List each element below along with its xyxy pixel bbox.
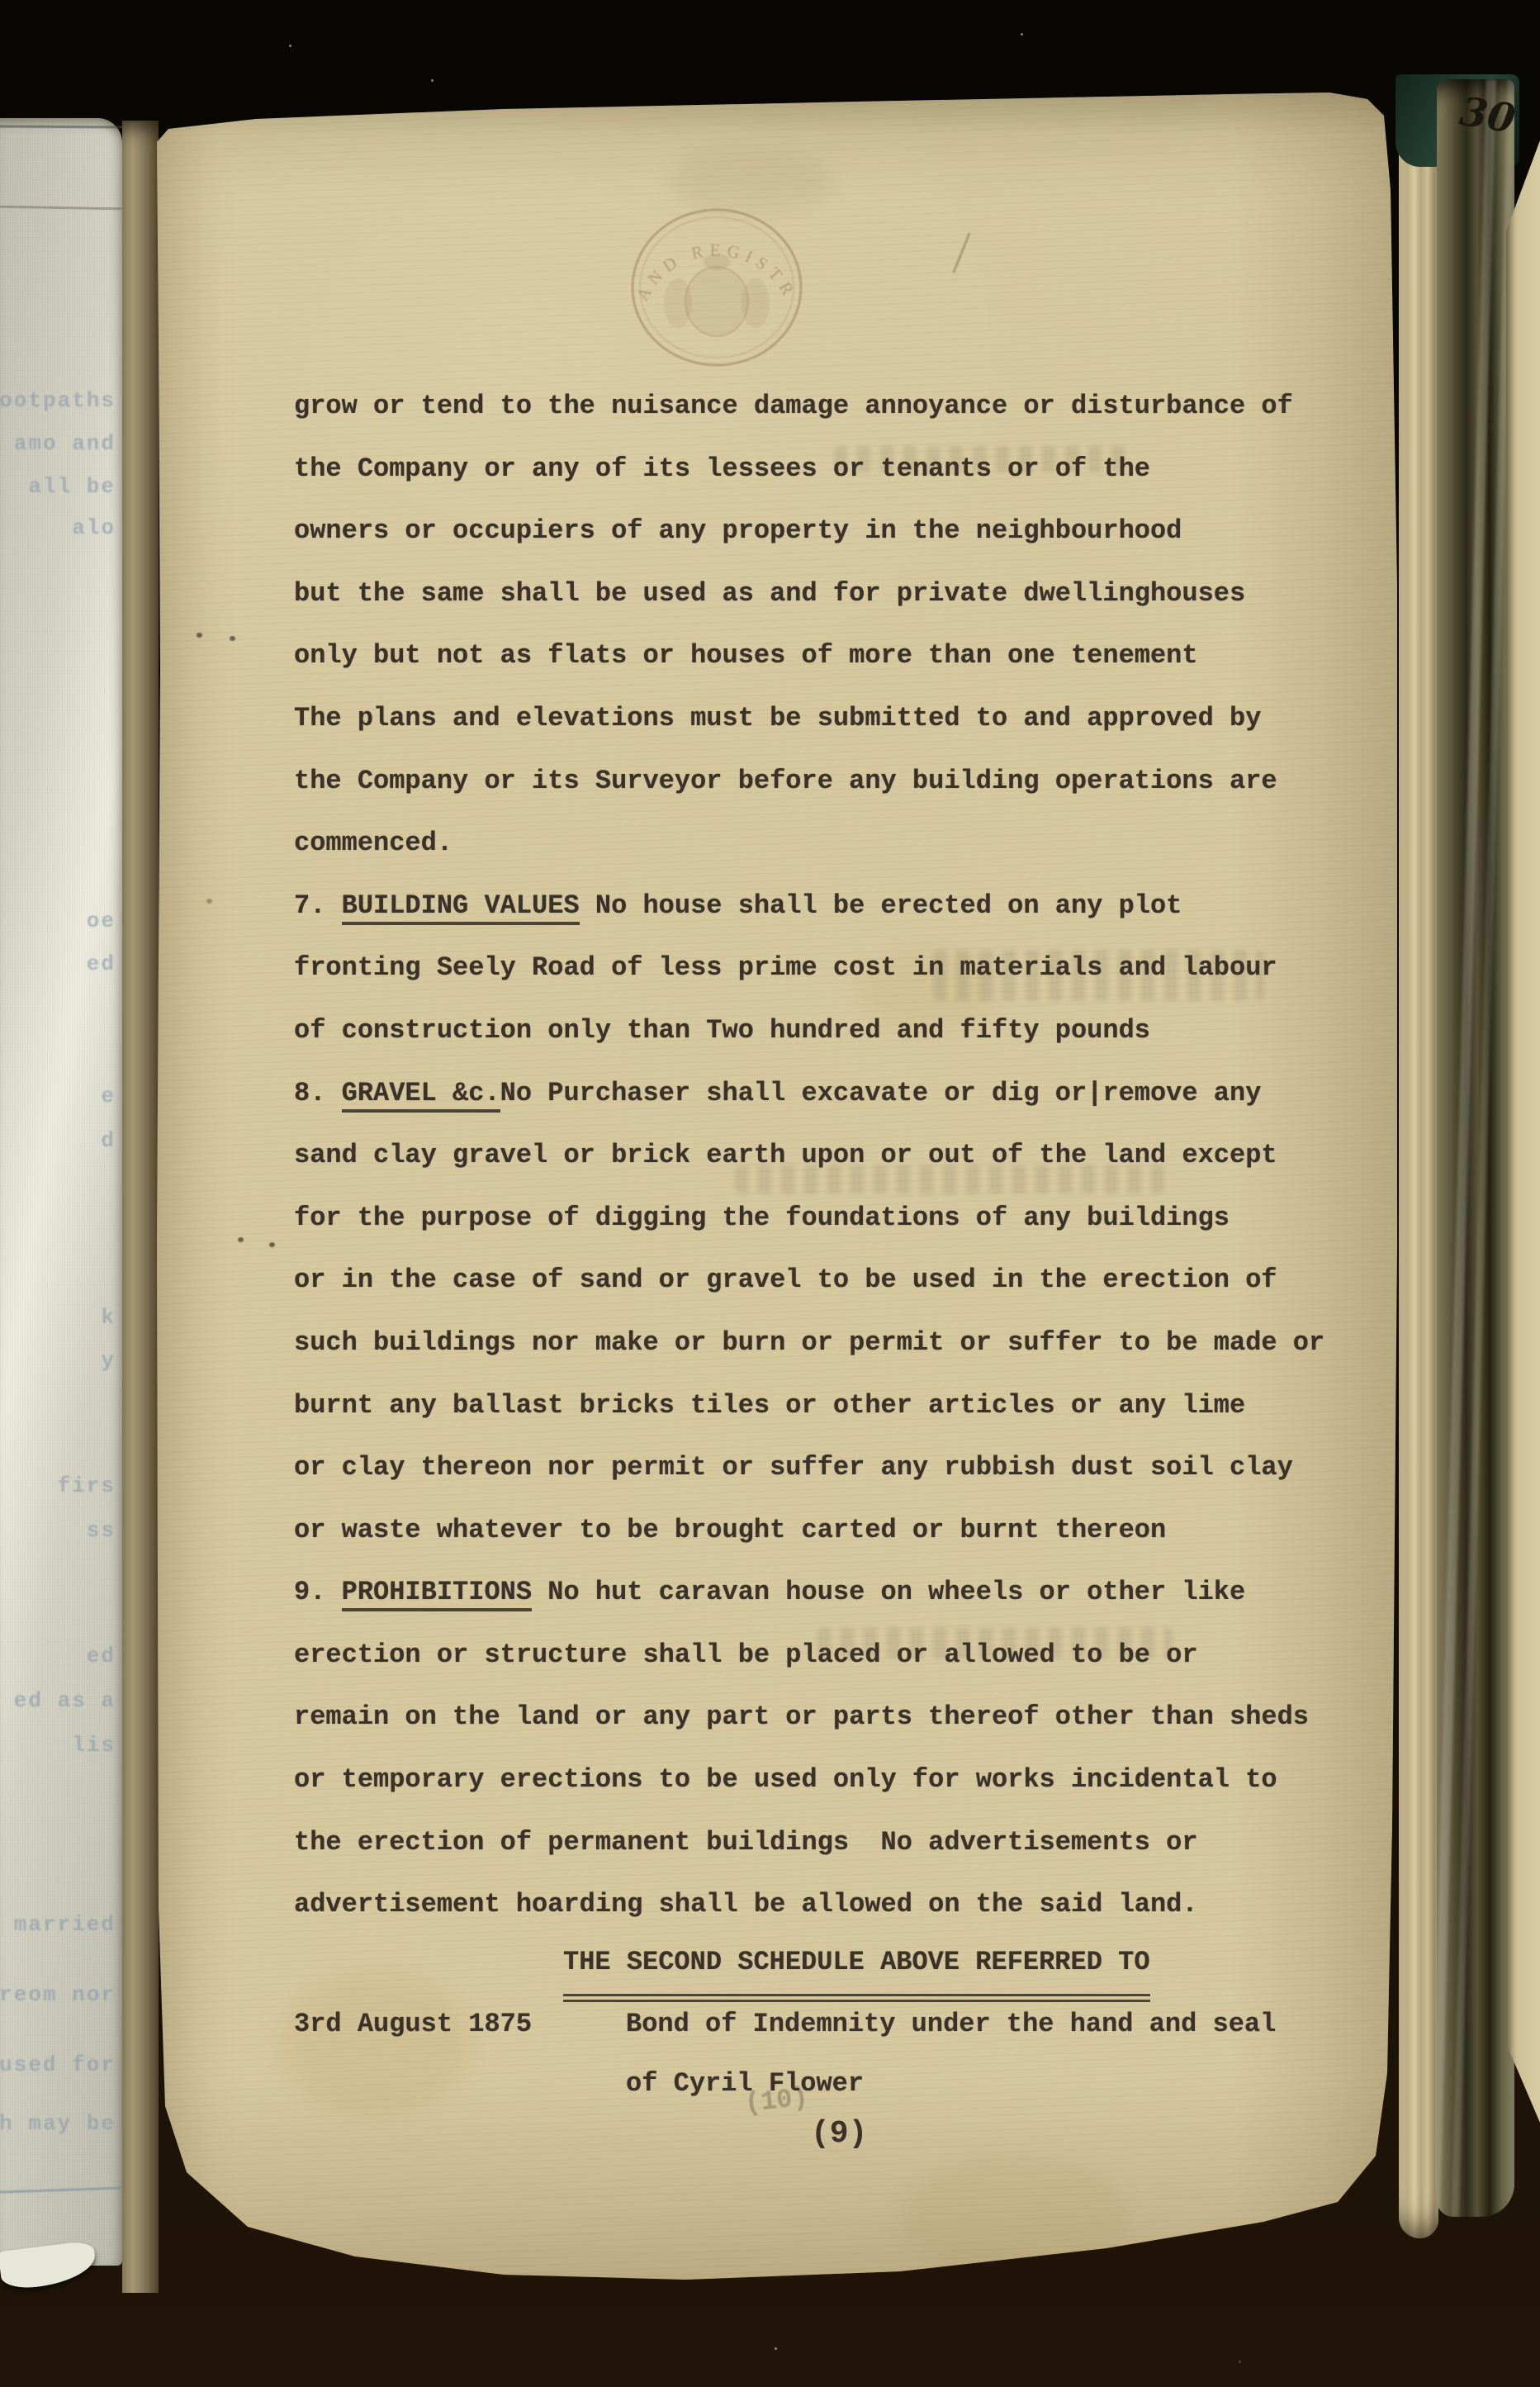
- dust-speck: [775, 2347, 777, 2350]
- ink-dot: [197, 633, 202, 638]
- typed-line: only but not as flats or houses of more …: [294, 624, 1384, 687]
- ink-dot: [269, 1242, 275, 1247]
- fold-pencil-line: [0, 125, 122, 128]
- crest-shield: [685, 267, 748, 336]
- typed-line: 8. GRAVEL &c.No Purchaser shall excavate…: [294, 1062, 1384, 1125]
- showthrough-text: k: [101, 1305, 116, 1330]
- typed-line: or in the case of sand or gravel to be u…: [294, 1249, 1384, 1312]
- typed-line: burnt any ballast bricks tiles or other …: [294, 1374, 1384, 1437]
- spine-shadow: [122, 121, 159, 2293]
- crest-lion: [664, 278, 692, 328]
- showthrough-text: used for: [0, 2052, 116, 2077]
- typed-line: 7. BUILDING VALUES No house shall be ere…: [294, 875, 1384, 937]
- showthrough-text: reom nor: [0, 1982, 116, 2007]
- taped-page-edge: [1437, 79, 1514, 2217]
- showthrough-text: h may be: [0, 2111, 116, 2136]
- typed-line: erection or structure shall be placed or…: [294, 1624, 1384, 1687]
- showthrough-text: y: [101, 1348, 116, 1373]
- folio-number-ink: 30: [1457, 88, 1519, 143]
- showthrough-text: oe: [87, 909, 116, 933]
- showthrough-text: ed as a: [14, 1688, 116, 1713]
- showthrough-text: ed: [87, 951, 116, 976]
- ink-dot: [238, 1237, 244, 1242]
- ink-dot: [230, 636, 235, 641]
- showthrough-text: firs: [58, 1473, 116, 1498]
- showthrough-text: ss: [87, 1518, 116, 1543]
- typed-line: 9. PROHIBITIONS No hut caravan house on …: [294, 1561, 1384, 1624]
- paper-stain: [669, 149, 834, 215]
- typed-line: commenced.: [294, 812, 1384, 875]
- typed-line: The plans and elevations must be submitt…: [294, 687, 1384, 750]
- typed-line: for the purpose of digging the foundatio…: [294, 1187, 1384, 1250]
- showthrough-text: alo: [72, 515, 116, 540]
- typed-line: grow or tend to the nuisance damage anno…: [294, 375, 1384, 438]
- paper-stain: [900, 2156, 1131, 2280]
- typed-line: the erection of permanent buildings No a…: [294, 1811, 1384, 1874]
- typed-body-text: grow or tend to the nuisance damage anno…: [294, 375, 1384, 1936]
- typed-line: owners or occupiers of any property in t…: [294, 500, 1384, 562]
- land-registry-embossed-seal: LAND REGISTRY: [622, 201, 812, 374]
- showthrough-text: all be: [28, 474, 116, 499]
- typed-line: the Company or any of its lessees or ten…: [294, 438, 1384, 501]
- typed-line: advertisement hoarding shall be allowed …: [294, 1873, 1384, 1936]
- schedule-entry-line1: Bond of Indemnity under the hand and sea…: [626, 1993, 1276, 2056]
- showthrough-text: married: [14, 1912, 116, 1937]
- dust-speck: [431, 79, 434, 82]
- schedule-heading: THE SECOND SCHEDULE ABOVE REFERRED TO: [563, 1931, 1150, 2002]
- typed-line: but the same shall be used as and for pr…: [294, 562, 1384, 625]
- dust-speck: [1239, 2361, 1241, 2363]
- pencil-line: [0, 206, 122, 211]
- crest-unicorn: [742, 278, 770, 328]
- showthrough-text: lis: [72, 1733, 116, 1758]
- typed-line: or clay thereon nor permit or suffer any…: [294, 1436, 1384, 1499]
- scanned-document-background: ootpathsamo andall bealooeededkyfirsssed…: [0, 0, 1540, 2387]
- showthrough-text: e: [101, 1084, 116, 1108]
- crest-crown: [704, 254, 730, 270]
- typed-line: fronting Seely Road of less prime cost i…: [294, 937, 1384, 999]
- typed-line: remain on the land or any part or parts …: [294, 1686, 1384, 1749]
- pencil-slash-mark: [952, 232, 970, 273]
- document-page: LAND REGISTRY grow or tend to the nuisan…: [157, 91, 1405, 2296]
- blue-ruled-line: [0, 2186, 127, 2194]
- showthrough-text: d: [101, 1128, 116, 1153]
- typed-line: sand clay gravel or brick earth upon or …: [294, 1124, 1384, 1187]
- showthrough-text: ed: [87, 1644, 116, 1668]
- ink-dot: [206, 899, 212, 904]
- stacked-page-edges: [1399, 97, 1438, 2238]
- typed-line: such buildings nor make or burn or permi…: [294, 1312, 1384, 1374]
- schedule-date: 3rd August 1875: [294, 1993, 532, 2056]
- showthrough-text: ootpaths: [0, 388, 116, 413]
- page-number: (9): [811, 2116, 867, 2152]
- rear-page-edge: [1506, 140, 1540, 2123]
- typed-line: of construction only than Two hundred an…: [294, 999, 1384, 1062]
- dust-speck: [289, 45, 291, 47]
- typed-line: or temporary erections to be used only f…: [294, 1749, 1384, 1811]
- typed-line: or waste whatever to be brought carted o…: [294, 1499, 1384, 1562]
- typed-line: the Company or its Surveyor before any b…: [294, 750, 1384, 813]
- previous-page-edge: ootpathsamo andall bealooeededkyfirsssed…: [0, 118, 122, 2266]
- showthrough-text: amo and: [14, 431, 116, 456]
- dust-speck: [1021, 33, 1023, 36]
